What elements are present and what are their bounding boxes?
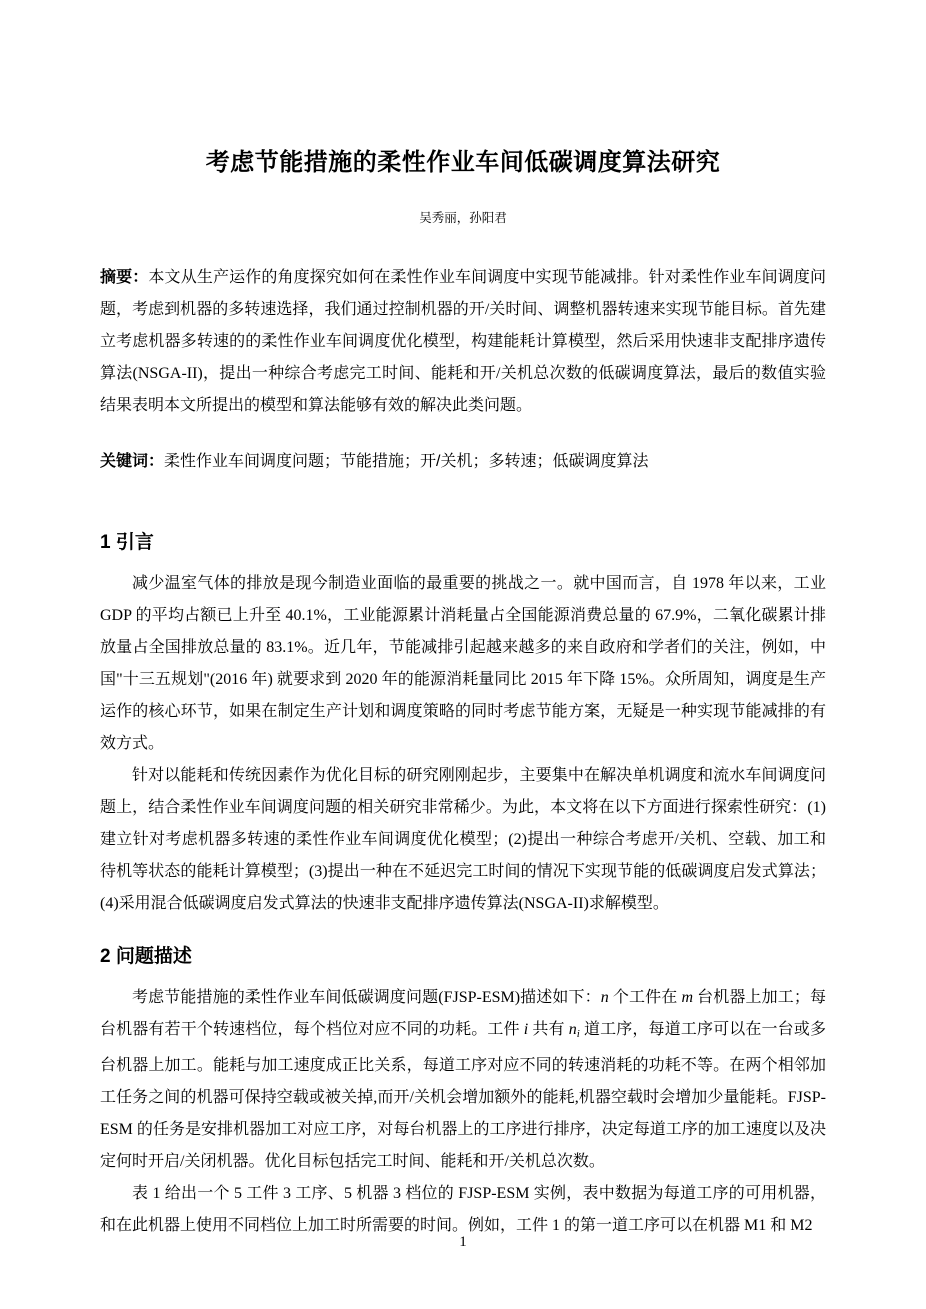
keywords-line: 关键词：柔性作业车间调度问题；节能措施；开/关机；多转速；低碳调度算法 — [100, 446, 826, 478]
section-1-heading: 1 引言 — [100, 528, 826, 558]
author-line: 吴秀丽，孙阳君 — [100, 210, 826, 226]
text-segment: 个工件在 — [609, 989, 682, 1006]
variable-m: m — [681, 989, 693, 1006]
document-page: 考虑节能措施的柔性作业车间低碳调度算法研究 吴秀丽，孙阳君 摘要：本文从生产运作… — [0, 0, 926, 1309]
section-1-paragraph-1: 减少温室气体的排放是现今制造业面临的最重要的挑战之一。就中国而言，自 1978 … — [100, 568, 826, 760]
text-segment: 考虑节能措施的柔性作业车间低碳调度问题(FJSP-ESM)描述如下： — [132, 989, 601, 1006]
text-segment: 共有 — [528, 1021, 569, 1038]
paper-title: 考虑节能措施的柔性作业车间低碳调度算法研究 — [100, 146, 826, 180]
variable-n: n — [601, 989, 609, 1006]
page-number: 1 — [0, 1233, 926, 1251]
keywords-text: 柔性作业车间调度问题；节能措施；开/关机；多转速；低碳调度算法 — [164, 453, 648, 470]
keywords-label: 关键词： — [100, 453, 164, 470]
abstract-paragraph: 摘要：本文从生产运作的角度探究如何在柔性作业车间调度中实现节能减排。针对柔性作业… — [100, 262, 826, 422]
section-2-paragraph-1: 考虑节能措施的柔性作业车间低碳调度问题(FJSP-ESM)描述如下：n 个工件在… — [100, 982, 826, 1178]
abstract-label: 摘要： — [100, 269, 148, 286]
text-segment: 道工序，每道工序可以在一台或多台机器上加工。能耗与加工速度成正比关系，每道工序对… — [100, 1021, 826, 1170]
abstract-text: 本文从生产运作的角度探究如何在柔性作业车间调度中实现节能减排。针对柔性作业车间调… — [100, 269, 826, 414]
variable-n-base: n — [569, 1021, 577, 1038]
section-2-heading: 2 问题描述 — [100, 942, 826, 972]
section-1-paragraph-2: 针对以能耗和传统因素作为优化目标的研究刚刚起步，主要集中在解决单机调度和流水车间… — [100, 760, 826, 920]
